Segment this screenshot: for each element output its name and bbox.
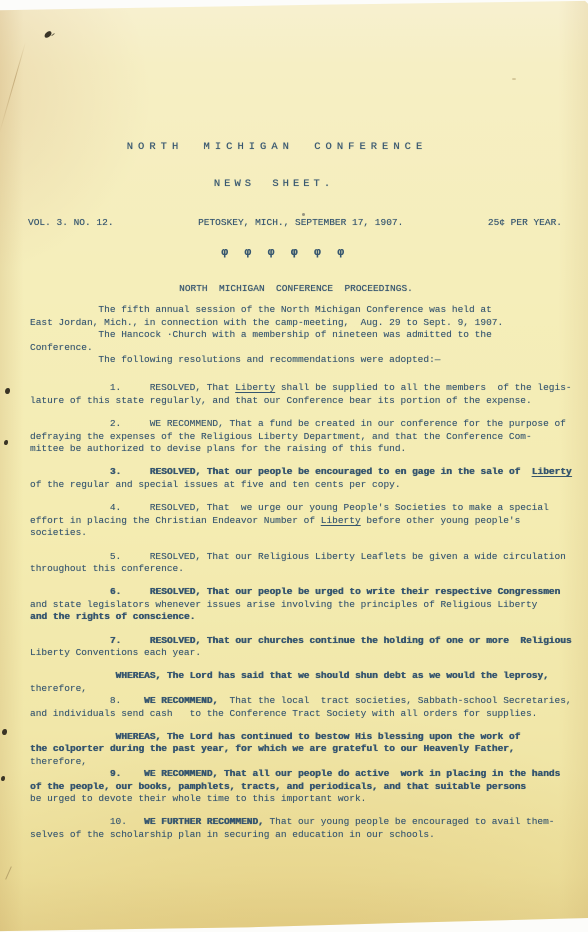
text-segment: 4. RESOLVED, That we urge our young Peop…: [30, 502, 549, 513]
paragraph: WHEREAS, The Lord has continued to besto…: [30, 731, 562, 805]
paragraph: 10. WE FURTHER RECOMMEND, That our young…: [30, 816, 562, 841]
text-segment: 1. RESOLVED, That: [30, 382, 235, 393]
text-segment: 9. WE RECOMMEND, That all our people do …: [30, 768, 560, 779]
dateline: PETOSKEY, MICH., SEPTEMBER 17, 1907.: [198, 217, 403, 228]
text-line: defraying the expenses of the Religious …: [30, 431, 562, 443]
text-segment: WHEREAS, The Lord has said that we shoul…: [30, 670, 549, 681]
text-segment: East Jordan, Mich., in connection with t…: [30, 317, 503, 328]
text-line: 5. RESOLVED, That our Religious Liberty …: [30, 551, 562, 563]
text-line: WHEREAS, The Lord has continued to besto…: [30, 731, 562, 743]
text-segment: That the local tract societies, Sabbath-…: [218, 695, 571, 706]
text-line: the colporter during the past year, for …: [30, 743, 562, 755]
masthead-title: NORTH MICHIGAN CONFERENCE: [0, 141, 554, 153]
ornament-divider: φ φ φ φ φ φ: [0, 247, 570, 259]
margin-dot: [5, 388, 10, 394]
text-segment: shall be supplied to all the members of …: [275, 382, 571, 393]
price: 25¢ PER YEAR.: [488, 217, 562, 228]
article: NORTH MICHIGAN CONFERENCE PROCEEDINGS. T…: [30, 283, 562, 852]
text-line: 1. RESOLVED, That Liberty shall be suppl…: [30, 382, 562, 394]
text-segment: of the regular and special issues at fiv…: [30, 479, 401, 490]
paragraph: 3. RESOLVED, That our people be encourag…: [30, 466, 562, 491]
text-segment: selves of the scholarship plan in securi…: [30, 829, 435, 840]
text-line: and individuals send cash to the Confere…: [30, 708, 562, 720]
text-segment: lature of this state regularly, and that…: [30, 395, 532, 406]
text-line: mittee be authorized to devise plans for…: [30, 443, 562, 455]
underlined-text: Liberty: [532, 466, 572, 477]
text-line: The following resolutions and recommenda…: [30, 354, 562, 366]
text-segment: therefore,: [30, 683, 87, 694]
text-line: 2. WE RECOMMEND, That a fund be created …: [30, 418, 562, 430]
text-segment: 5. RESOLVED, That our Religious Liberty …: [30, 551, 566, 562]
paper-stain: [512, 78, 516, 80]
masthead-line: VOL. 3. NO. 12. PETOSKEY, MICH., SEPTEMB…: [28, 217, 562, 228]
text-line: Conference.: [30, 342, 562, 354]
text-line: 8. WE RECOMMEND, That the local tract so…: [30, 695, 562, 707]
article-body: The fifth annual session of the North Mi…: [30, 304, 562, 841]
text-segment: throughout this conference.: [30, 563, 184, 574]
text-segment: and state legislators whenever issues ar…: [30, 599, 537, 610]
text-line: lature of this state regularly, and that…: [30, 395, 562, 407]
text-segment: 7. RESOLVED, That our churches continue …: [30, 635, 572, 646]
paragraph: The fifth annual session of the North Mi…: [30, 304, 562, 366]
text-segment: before other young people's: [361, 515, 521, 526]
underlined-text: Liberty: [321, 515, 361, 526]
text-segment: The following resolutions and recommenda…: [30, 354, 440, 365]
text-segment: mittee be authorized to devise plans for…: [30, 443, 406, 454]
text-segment: The Hancock ·Church with a membership of…: [30, 329, 492, 340]
text-segment: That our young people be encouraged to a…: [264, 816, 555, 827]
margin-dot: [4, 440, 8, 445]
text-line: and the rights of conscience.: [30, 611, 562, 623]
text-line: be urged to devote their whole time to t…: [30, 793, 562, 805]
ink-speck: [43, 30, 52, 39]
text-line: and state legislators whenever issues ar…: [30, 599, 562, 611]
text-line: Liberty Conventions each year.: [30, 647, 562, 659]
scanned-document: { "colors": { "paper": "#f5eebb", "ink":…: [0, 0, 588, 932]
text-segment: 3. RESOLVED, That our people be encourag…: [30, 466, 532, 477]
text-segment: and the rights of conscience.: [30, 611, 195, 622]
text-line: WHEREAS, The Lord has said that we shoul…: [30, 670, 562, 682]
text-segment: Liberty Conventions each year.: [30, 647, 201, 658]
paragraph: 5. RESOLVED, That our Religious Liberty …: [30, 551, 562, 576]
text-segment: 2. WE RECOMMEND, That a fund be created …: [30, 418, 566, 429]
text-segment: WE RECOMMEND,: [144, 695, 218, 706]
article-heading: NORTH MICHIGAN CONFERENCE PROCEEDINGS.: [30, 283, 562, 295]
text-line: 10. WE FURTHER RECOMMEND, That our young…: [30, 816, 562, 828]
text-segment: Conference.: [30, 342, 93, 353]
text-line: 6. RESOLVED, That our people be urged to…: [30, 586, 562, 598]
text-segment: therefore,: [30, 756, 87, 767]
text-line: of the regular and special issues at fiv…: [30, 479, 562, 491]
paragraph: 1. RESOLVED, That Liberty shall be suppl…: [30, 382, 562, 407]
text-line: The fifth annual session of the North Mi…: [30, 304, 562, 316]
text-line: therefore,: [30, 683, 562, 695]
text-line: 7. RESOLVED, That our churches continue …: [30, 635, 562, 647]
text-line: effort in placing the Christian Endeavor…: [30, 515, 562, 527]
text-segment: 8.: [30, 695, 144, 706]
text-line: East Jordan, Mich., in connection with t…: [30, 317, 562, 329]
paper-crease: [0, 42, 26, 134]
volume-number: VOL. 3. NO. 12.: [28, 217, 114, 228]
text-segment: The fifth annual session of the North Mi…: [30, 304, 492, 315]
text-line: 4. RESOLVED, That we urge our young Peop…: [30, 502, 562, 514]
text-segment: of the people, our books, pamphlets, tra…: [30, 781, 526, 792]
text-line: societies.: [30, 527, 562, 539]
text-line: of the people, our books, pamphlets, tra…: [30, 781, 562, 793]
text-segment: societies.: [30, 527, 87, 538]
text-segment: 6. RESOLVED, That our people be urged to…: [30, 586, 560, 597]
text-segment: 10.: [30, 816, 144, 827]
masthead-subtitle: NEWS SHEET.: [0, 178, 548, 190]
text-line: 9. WE RECOMMEND, That all our people do …: [30, 768, 562, 780]
text-segment: WHEREAS, The Lord has continued to besto…: [30, 731, 520, 742]
paper-page: NORTH MICHIGAN CONFERENCE NEWS SHEET. VO…: [0, 0, 588, 932]
text-line: therefore,: [30, 756, 562, 768]
underlined-text: Liberty: [235, 382, 275, 393]
paragraph: WHEREAS, The Lord has said that we shoul…: [30, 670, 562, 720]
ink-speck: [302, 213, 305, 216]
paragraph: 7. RESOLVED, That our churches continue …: [30, 635, 562, 660]
text-line: selves of the scholarship plan in securi…: [30, 829, 562, 841]
margin-dot: [2, 729, 7, 735]
text-line: The Hancock ·Church with a membership of…: [30, 329, 562, 341]
text-line: throughout this conference.: [30, 563, 562, 575]
text-segment: be urged to devote their whole time to t…: [30, 793, 366, 804]
paragraph: 2. WE RECOMMEND, That a fund be created …: [30, 418, 562, 455]
paper-crease: [5, 866, 12, 879]
margin-dot: [1, 776, 5, 781]
text-segment: effort in placing the Christian Endeavor…: [30, 515, 321, 526]
text-segment: and individuals send cash to the Confere…: [30, 708, 537, 719]
paragraph: 4. RESOLVED, That we urge our young Peop…: [30, 502, 562, 539]
text-segment: defraying the expenses of the Religious …: [30, 431, 532, 442]
paragraph: 6. RESOLVED, That our people be urged to…: [30, 586, 562, 623]
text-segment: WE FURTHER RECOMMEND,: [144, 816, 264, 827]
text-segment: the colporter during the past year, for …: [30, 743, 515, 754]
text-line: 3. RESOLVED, That our people be encourag…: [30, 466, 562, 478]
